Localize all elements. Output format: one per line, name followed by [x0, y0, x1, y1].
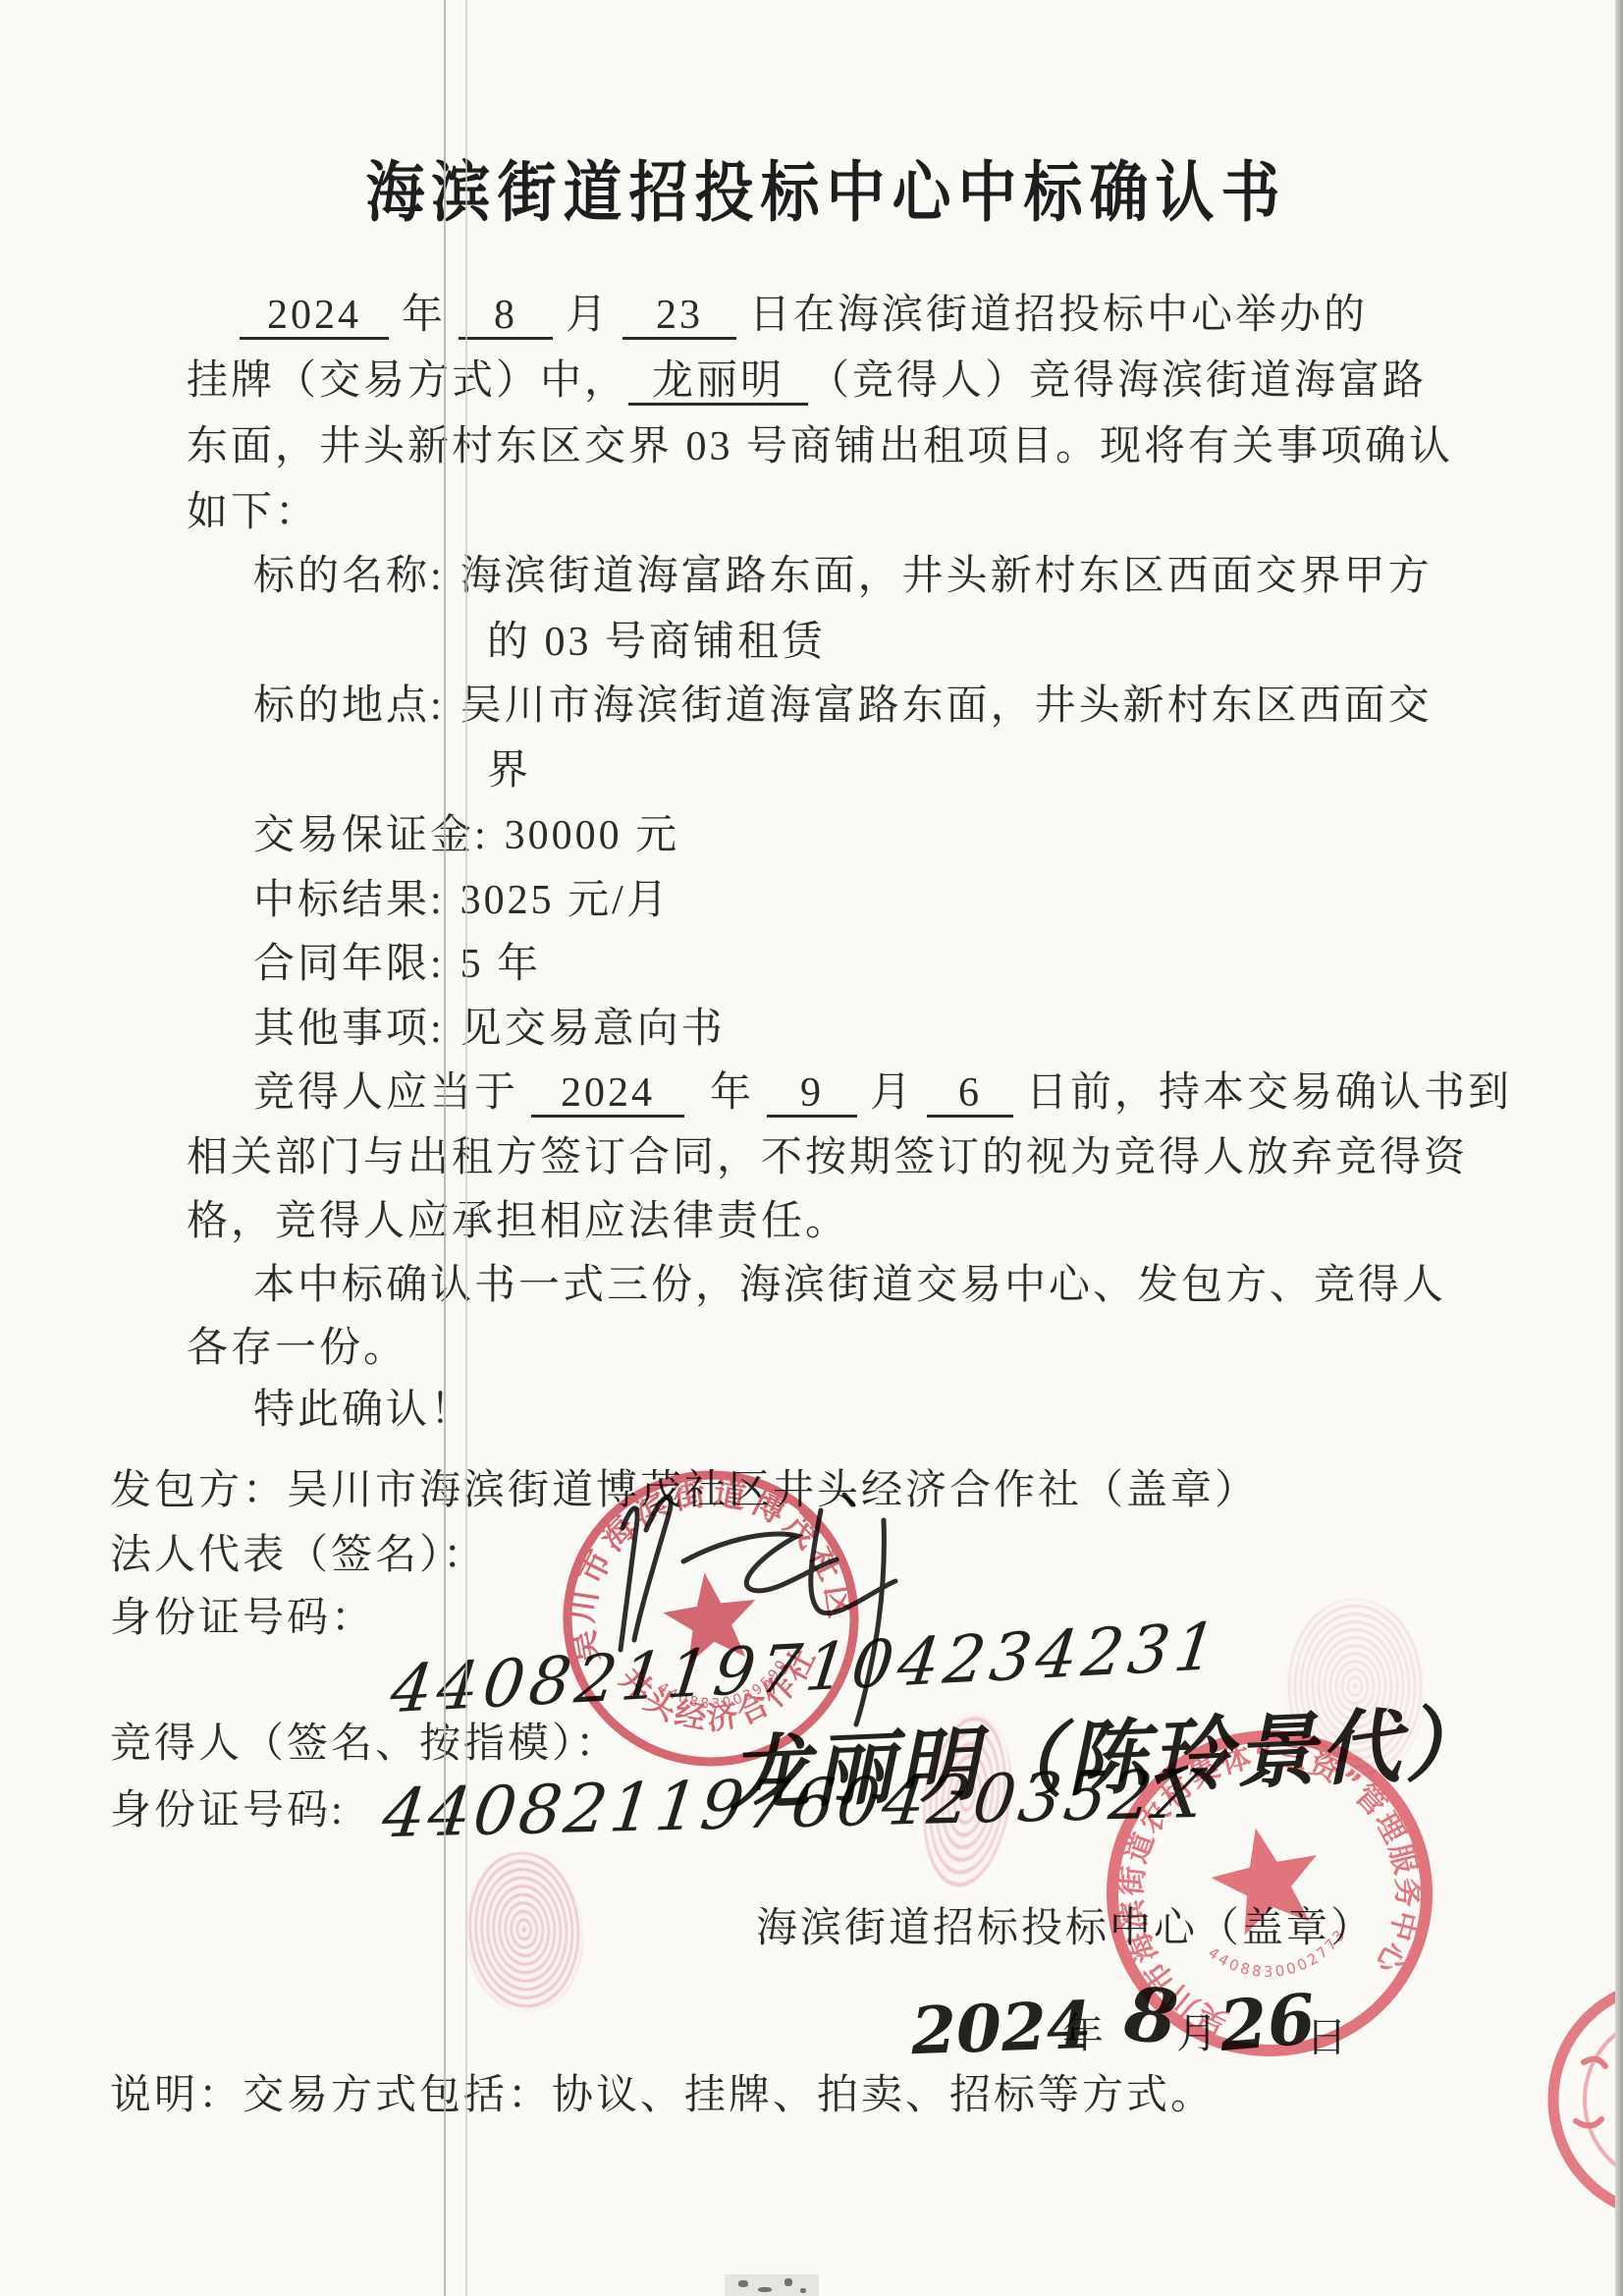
other-label: 其他事项:	[253, 1007, 445, 1052]
deadline-month-label: 月	[870, 1070, 914, 1116]
scan-speckle-2	[758, 2287, 772, 2292]
scanned-document-page: 海滨街道招投标中心中标确认书 2024年8月23日在海滨街道招投标中心举办的 挂…	[0, 0, 1623, 2296]
scan-speckle-4	[800, 2288, 806, 2293]
legal-rep-signature	[589, 1471, 1001, 1736]
deadline-year-underlined: 2024	[531, 1071, 684, 1118]
result-value: 3025 元/月	[460, 878, 671, 923]
intro-line-2: 挂牌（交易方式）中，龙丽明（竞得人）竞得海滨街道海富路	[187, 355, 1427, 408]
fold-line-right	[465, 0, 467, 2296]
edge-seal-partial-stamp	[1525, 1964, 1623, 2239]
deposit-value: 30000 元	[505, 813, 680, 858]
sanzi-seal-star-icon	[1203, 1817, 1329, 1940]
deadline-month-underlined: 9	[767, 1071, 857, 1118]
note-line: 说明：交易方式包括：协议、挂牌、拍卖、招标等方式。	[110, 2070, 1215, 2122]
subject-label: 标的名称:	[253, 554, 445, 599]
intro-line-4: 如下：	[187, 487, 319, 539]
location-label: 标的地点:	[253, 683, 445, 729]
other-value: 见交易意向书	[460, 1007, 726, 1052]
intro-line-1: 2024年8月23日在海滨街道招投标中心举办的	[240, 290, 1380, 342]
intro-line-3: 东面，井头新村东区交界 03 号商铺出租项目。现将有关事项确认	[187, 421, 1453, 473]
date-day-handwritten: 26	[1217, 1978, 1319, 2067]
fold-line-left	[444, 0, 446, 2296]
document-title: 海滨街道招投标中心中标确认书	[0, 140, 1623, 235]
winner-id-label-line: 身份证号码:	[110, 1785, 346, 1837]
deadline-line-2: 相关部门与出租方签订合同，不按期签订的视为竞得人放弃竞得资	[187, 1132, 1468, 1184]
copies-line-2: 各存一份。	[187, 1323, 407, 1375]
date-year-handwritten: 2024	[910, 1987, 1093, 2069]
deposit-label: 交易保证金:	[253, 813, 489, 858]
deadline-pre: 竞得人应当于	[253, 1070, 518, 1116]
intro-year-underlined: 2024	[240, 294, 389, 340]
intro-month-underlined: 8	[459, 294, 553, 340]
intro-year-label: 年	[402, 293, 446, 338]
scan-speckle-3	[784, 2278, 792, 2286]
intro-line2-post: （竞得人）竞得海滨街道海富路	[808, 358, 1427, 404]
scan-speckle-1	[738, 2280, 748, 2287]
scan-edge-right	[1615, 0, 1623, 2296]
confirmation-line: 特此确认！	[253, 1385, 474, 1437]
intro-line2-pre: 挂牌（交易方式）中，	[187, 358, 628, 404]
issuer-id-label-line: 身份证号码：	[110, 1593, 375, 1645]
deadline-post: 日前，持本交易确认书到	[1026, 1070, 1512, 1116]
winner-label-line: 竞得人（签名、按指模）：	[110, 1719, 620, 1771]
copies-line-1: 本中标确认书一式三份，海滨街道交易中心、发包方、竞得人	[253, 1260, 1446, 1312]
subject-line-2: 的 03 号商铺租赁	[487, 617, 826, 669]
location-line-2: 界	[487, 745, 531, 797]
result-line: 中标结果:3025 元/月	[253, 875, 671, 927]
result-label: 中标结果:	[253, 878, 445, 923]
deadline-year-label: 年	[710, 1070, 754, 1116]
subject-value-1: 海滨街道海富路东面，井头新村东区西面交界甲方	[460, 554, 1433, 599]
intro-month-label: 月	[566, 293, 610, 338]
fingerprint-mark-3	[460, 1848, 588, 2017]
location-line: 标的地点:吴川市海滨街道海富路东面，井头新村东区西面交	[253, 681, 1433, 733]
term-label: 合同年限:	[253, 942, 445, 987]
intro-day-underlined: 23	[622, 294, 736, 340]
date-month-handwritten: 8	[1120, 1969, 1182, 2062]
term-value: 5 年	[460, 942, 542, 987]
subject-line: 标的名称:海滨街道海富路东面，井头新村东区西面交界甲方	[253, 551, 1433, 603]
location-value-1: 吴川市海滨街道海富路东面，井头新村东区西面交	[460, 683, 1433, 729]
legal-rep-line: 法人代表（签名）：	[110, 1530, 487, 1582]
deadline-day-underlined: 6	[927, 1071, 1013, 1118]
intro-rest: 日在海滨街道招投标中心举办的	[749, 293, 1368, 338]
winner-name-underlined: 龙丽明	[628, 359, 808, 406]
other-line: 其他事项:见交易意向书	[253, 1004, 726, 1056]
deadline-line-3: 格，竞得人应承担相应法律责任。	[187, 1196, 849, 1248]
term-line: 合同年限:5 年	[253, 939, 541, 991]
